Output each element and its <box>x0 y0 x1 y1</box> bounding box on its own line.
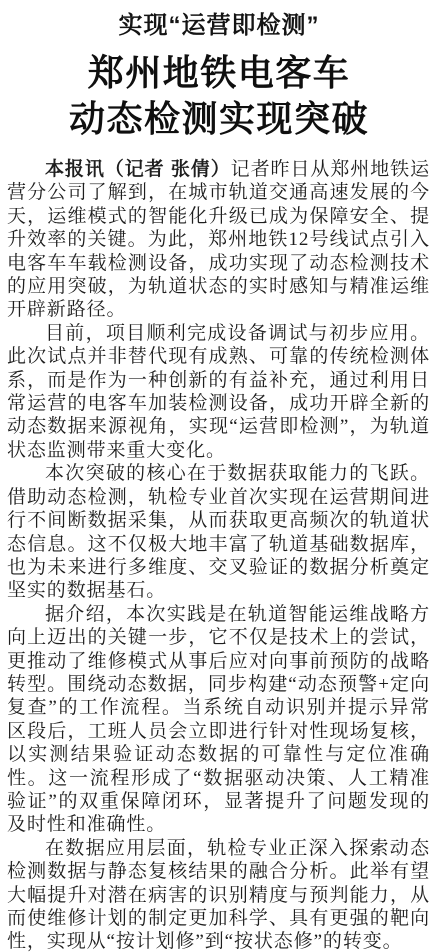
paragraph-1-text: 记者昨日从郑州地铁运营分公司了解到，在城市轨道交通高速发展的今天，运维模式的智能… <box>7 159 430 320</box>
article-kicker: 实现“运营即检测” <box>0 12 438 40</box>
paragraph-5: 在数据应用层面，轨检专业正深入探索动态检测数据与静态复核结果的融合分析。此举有望… <box>7 837 430 952</box>
article-header: 实现“运营即检测” 郑州地铁电客车 动态检测实现突破 <box>0 12 438 142</box>
article-title: 郑州地铁电客车 动态检测实现突破 <box>0 50 438 142</box>
article-body: 本报讯（记者 张倩）记者昨日从郑州地铁运营分公司了解到，在城市轨道交通高速发展的… <box>0 158 438 952</box>
article-title-line-2: 动态检测实现突破 <box>0 96 438 142</box>
byline-lead: 本报讯（记者 张倩） <box>45 159 231 180</box>
paragraph-2: 目前，项目顺利完成设备调试与初步应用。此次试点并非替代现有成熟、可靠的传统检测体… <box>7 322 430 462</box>
article-title-line-1: 郑州地铁电客车 <box>0 50 438 96</box>
paragraph-3: 本次突破的核心在于数据获取能力的飞跃。借助动态检测，轨检专业首次实现在运营期间进… <box>7 462 430 602</box>
newspaper-article-page: 实现“运营即检测” 郑州地铁电客车 动态检测实现突破 本报讯（记者 张倩）记者昨… <box>0 0 438 952</box>
paragraph-1: 本报讯（记者 张倩）记者昨日从郑州地铁运营分公司了解到，在城市轨道交通高速发展的… <box>7 158 430 322</box>
paragraph-4: 据介绍，本次实践是在轨道智能运维战略方向上迈出的关键一步，它不仅是技术上的尝试，… <box>7 603 430 837</box>
